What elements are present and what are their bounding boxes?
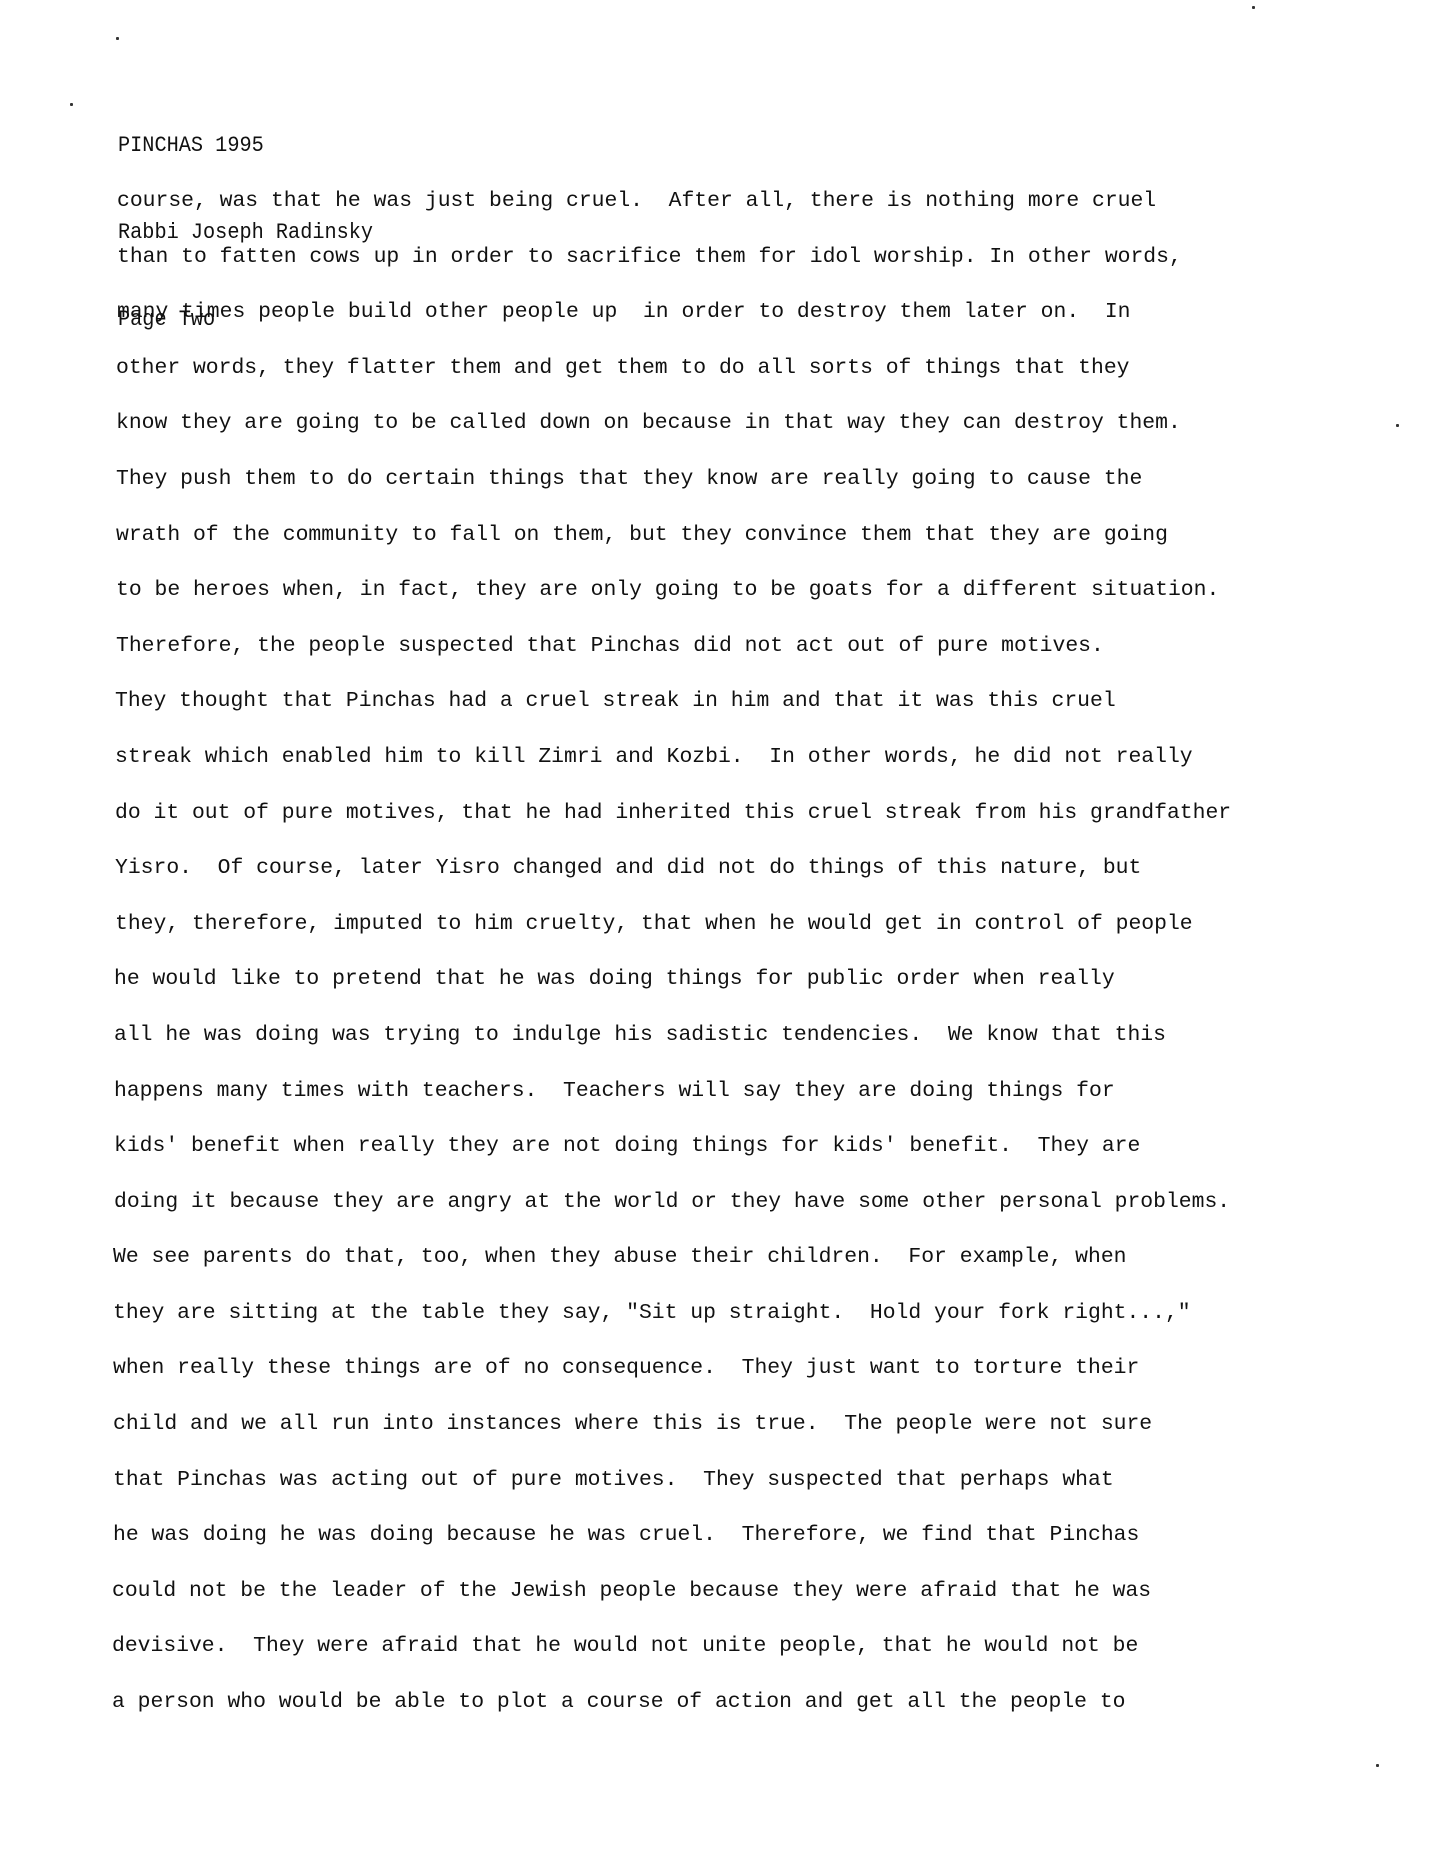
body-text-line: They thought that Pinchas had a cruel st… (115, 686, 1231, 742)
body-text-line: Therefore, the people suspected that Pin… (116, 631, 1231, 687)
body-text-line: to be heroes when, in fact, they are onl… (116, 575, 1231, 631)
document-body: course, was that he was just being cruel… (117, 186, 1242, 1743)
body-text-line: Yisro. Of course, later Yisro changed an… (115, 853, 1231, 909)
body-text-line: child and we all run into instances wher… (113, 1409, 1231, 1465)
body-text-line: they are sitting at the table they say, … (113, 1298, 1231, 1354)
body-text-line: he was doing he was doing because he was… (113, 1520, 1231, 1576)
body-text-line: other words, they flatter them and get t… (116, 353, 1231, 409)
body-text-line: streak which enabled him to kill Zimri a… (115, 742, 1231, 798)
body-text-line: kids' benefit when really they are not d… (114, 1131, 1231, 1187)
body-text-line: could not be the leader of the Jewish pe… (112, 1576, 1231, 1632)
body-text-line: that Pinchas was acting out of pure moti… (113, 1465, 1231, 1521)
body-text-line: know they are going to be called down on… (116, 408, 1231, 464)
body-text-line: wrath of the community to fall on them, … (116, 520, 1231, 576)
scan-speck (1252, 6, 1255, 9)
body-text-line: a person who would be able to plot a cou… (112, 1687, 1231, 1743)
body-text-line: all he was doing was trying to indulge h… (114, 1020, 1231, 1076)
body-text-line: do it out of pure motives, that he had i… (115, 798, 1231, 854)
body-text-line: he would like to pretend that he was doi… (114, 964, 1231, 1020)
body-text-line: We see parents do that, too, when they a… (113, 1242, 1231, 1298)
scan-speck (70, 103, 73, 106)
body-text-line: many times people build other people up … (117, 297, 1231, 353)
scan-speck (1376, 1764, 1379, 1767)
body-text-line: They push them to do certain things that… (116, 464, 1231, 520)
body-text-line: they, therefore, imputed to him cruelty,… (115, 909, 1231, 965)
scanned-document-page: PINCHAS 1995 Rabbi Joseph Radinsky Page … (0, 0, 1430, 1851)
body-text-line: course, was that he was just being cruel… (117, 186, 1231, 242)
scan-speck (1396, 424, 1399, 427)
document-title: PINCHAS 1995 (118, 131, 373, 160)
body-text-line: than to fatten cows up in order to sacri… (117, 242, 1231, 298)
body-text-line: when really these things are of no conse… (113, 1353, 1231, 1409)
scan-speck (116, 37, 119, 40)
body-text-line: devisive. They were afraid that he would… (112, 1631, 1231, 1687)
body-text-line: happens many times with teachers. Teache… (114, 1076, 1231, 1132)
body-text-line: doing it because they are angry at the w… (114, 1187, 1231, 1243)
